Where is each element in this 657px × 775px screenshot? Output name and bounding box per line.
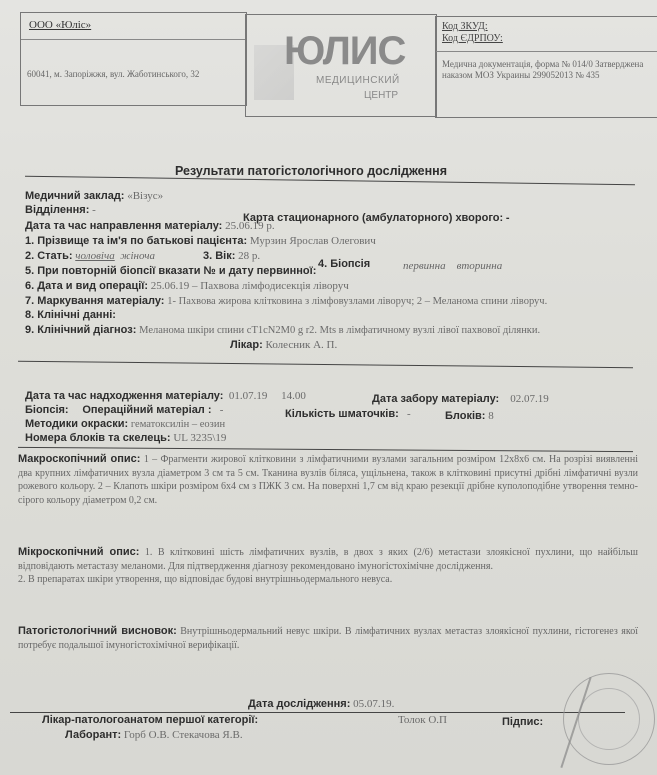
page-title: Результати патогістологічного дослідженн… (175, 164, 447, 178)
department-row: Відділення: - (25, 204, 96, 216)
sex-row: 2. Стать: чоловіча жіноча (25, 250, 155, 262)
referral-date-row: Дата та час направлення матеріалу: 25.06… (25, 220, 275, 232)
divider (21, 39, 246, 40)
receipt-row: Дата та час надходження матеріалу: 01.07… (25, 390, 306, 402)
sampling-date-row: Дата забору матеріалу: 02.07.19 (372, 393, 549, 405)
age-row: 3. Вік: 28 р. (203, 250, 260, 262)
signature-label: Підпис: (502, 716, 543, 728)
biopsy-options: первинна вторинна (403, 260, 502, 272)
block-numbers-row: Номера блоків та скелець: UL 3235\19 (25, 432, 226, 444)
logo-text: ЮЛИС (284, 29, 405, 74)
header-org-box: ООО «Юліс» 60041, м. Запоріжжя, вул. Жаб… (20, 12, 247, 106)
header-codes-box: Код ЗКУД: Код ЄДРПОУ: Медична документац… (435, 16, 657, 118)
code-edrpou: Код ЄДРПОУ: (442, 33, 503, 44)
divider (10, 712, 625, 713)
lab-row: Лаборант: Горб О.В. Стекачова Я.В. (65, 729, 243, 741)
operation-row: 6. Дата и вид операції: 25.06.19 – Пахво… (25, 280, 349, 292)
conclusion: Патогістологічний висновок: Внутрішньоде… (18, 625, 638, 652)
code-zkud: Код ЗКУД: (442, 21, 488, 32)
study-date-row: Дата дослідження: 05.07.19. (248, 698, 394, 710)
micro-description: Мікроскопічний опис: 1. В клітковині шіс… (18, 546, 638, 587)
org-name: ООО «Юліс» (29, 19, 91, 31)
header-logo-box: ЮЛИС МЕДИЦИНСКИЙ ЦЕНТР (245, 14, 437, 117)
marking-row: 7. Маркування матеріалу: 1- Пахвова жиро… (25, 295, 547, 307)
staining-row: Методики окраски: гематоксилін – еозин (25, 418, 225, 430)
macro-description: Макроскопічний опис: 1 – Фрагменти жиров… (18, 453, 638, 507)
institution-row: Медичний заклад: «Візус» (25, 190, 163, 202)
biopsy-type-row: 4. Біопсія (318, 258, 370, 270)
document-page: ООО «Юліс» 60041, м. Запоріжжя, вул. Жаб… (0, 0, 657, 775)
divider (18, 447, 633, 452)
form-note: Медична документація, форма № 014/0 Затв… (442, 59, 654, 81)
pathologist-label: Лікар-патологоанатом першої категорії: (42, 714, 258, 726)
doctor-row: Лікар: Колесник А. П. (230, 339, 337, 351)
blocks-row: Блоків: 8 (445, 410, 494, 422)
stamp-inner-ring (578, 688, 640, 750)
biopsy-option-primary: первинна (403, 260, 446, 272)
card-row: Карта стационарного (амбулаторного) хвор… (243, 212, 510, 224)
sex-option-female: жіноча (120, 250, 155, 262)
biopsy-option-secondary: вторинна (457, 260, 503, 272)
logo-subtitle: МЕДИЦИНСКИЙ (316, 75, 400, 86)
logo-subtitle-2: ЦЕНТР (364, 90, 398, 101)
clinical-data-row: 8. Клінічні данні: (25, 309, 116, 321)
repeat-biopsy-row: 5. При повторній біопсії вказати № и дат… (25, 265, 316, 277)
patient-name-row: 1. Прізвище та ім'я по батькові пацієнта… (25, 235, 376, 247)
org-address: 60041, м. Запоріжжя, вул. Жаботинського,… (27, 69, 199, 79)
clinical-diagnosis-row: 9. Клінічний діагноз: Меланома шкіри спи… (25, 324, 540, 336)
biopsy-material-row: Біопсія: Операційний матеріал : - (25, 404, 223, 416)
pieces-row: Кількість шматочків: - (285, 408, 411, 420)
sex-option-male: чоловіча (75, 250, 114, 262)
divider (436, 51, 657, 52)
pathologist-name: Толок О.П (398, 714, 447, 726)
divider (18, 361, 633, 368)
